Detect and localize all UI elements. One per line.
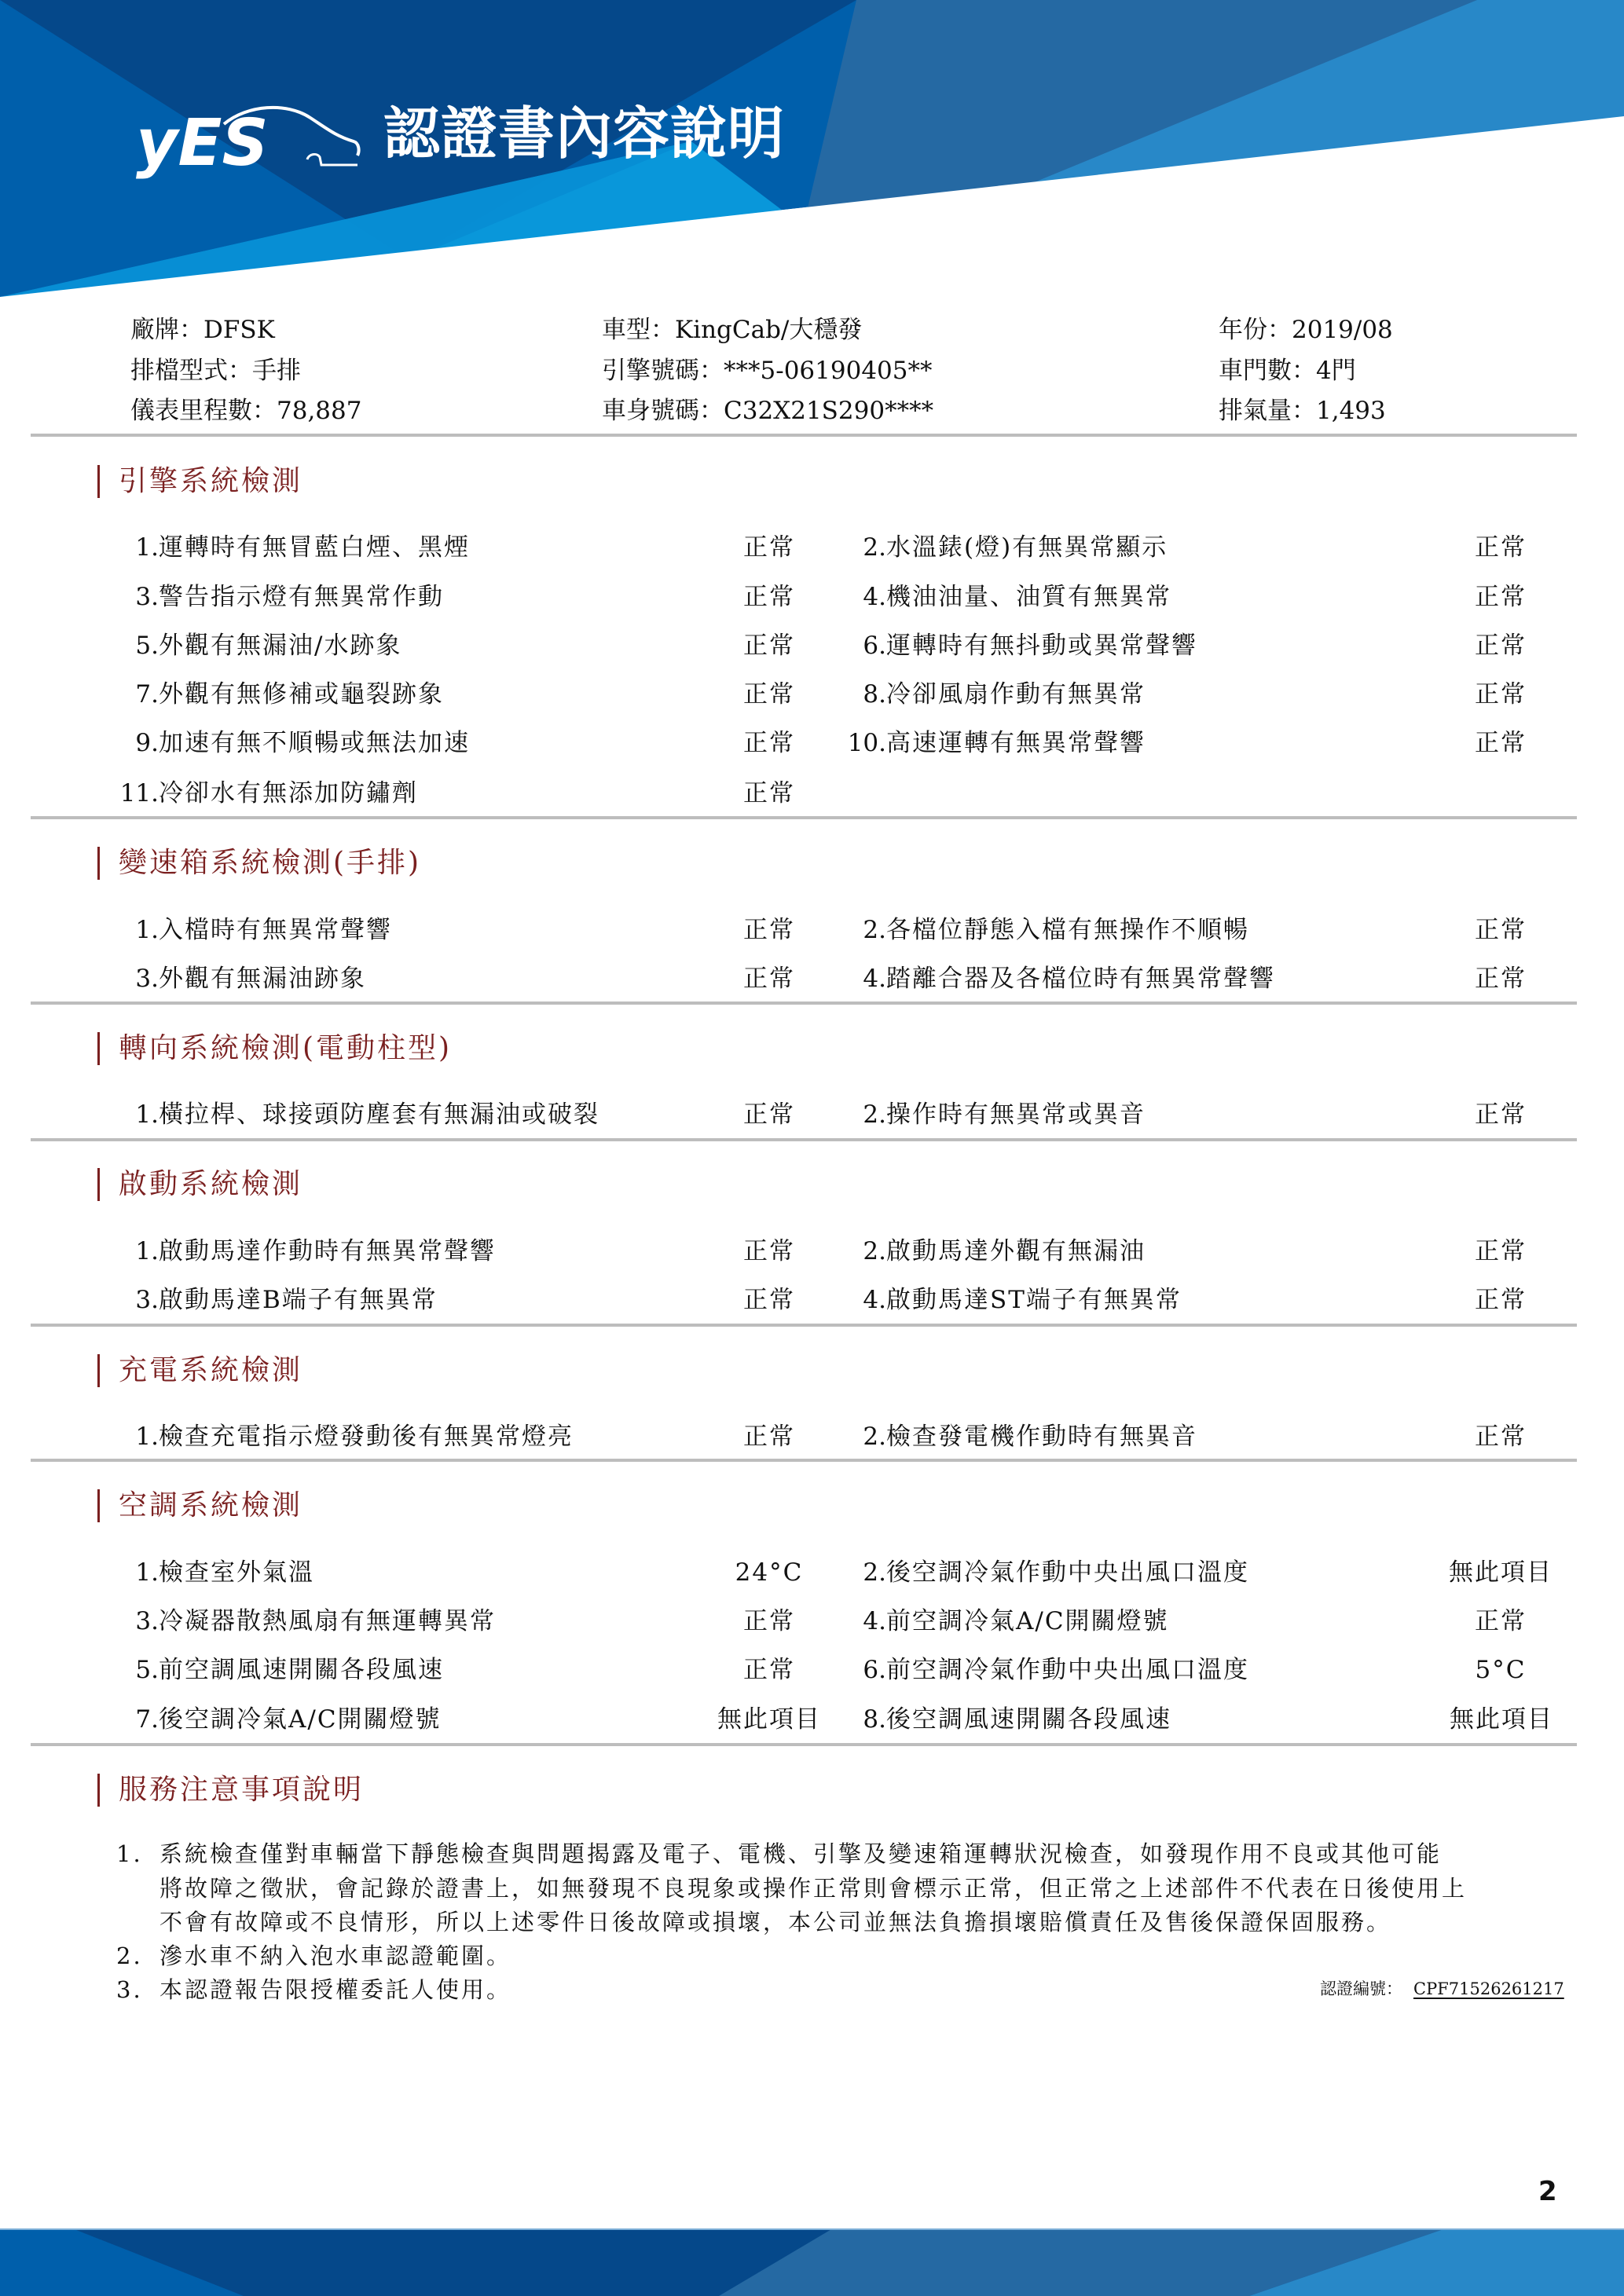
note-number: 1. <box>116 1838 143 1869</box>
footer-background <box>0 2228 1624 2296</box>
check-item: 5.外觀有無漏油/水跡象 <box>96 630 401 661</box>
check-status: 5°C <box>1446 1654 1556 1686</box>
info-doors: 車門數：4門 <box>1219 356 1356 386</box>
check-item: 9.加速有無不順暢或無法加速 <box>96 727 470 759</box>
info-engine-number: 引擎號碼：***5-06190405** <box>602 356 932 386</box>
check-item: 5.前空調風速開關各段風速 <box>96 1654 444 1686</box>
check-status: 正常 <box>714 963 824 994</box>
info-transmission: 排檔型式：手排 <box>130 356 301 386</box>
certificate-value: CPF71526261217 <box>1402 1979 1569 1998</box>
check-status: 無此項目 <box>710 1704 828 1735</box>
check-status: 正常 <box>714 679 824 710</box>
info-displacement: 排氣量：1,493 <box>1219 396 1386 426</box>
check-item: 3.啟動馬達B端子有無異常 <box>96 1284 438 1316</box>
section-bar <box>97 1032 100 1065</box>
check-status: 正常 <box>714 581 824 613</box>
check-item: 8.後空調風速開關各段風速 <box>822 1704 1171 1735</box>
check-status: 正常 <box>714 630 824 661</box>
check-item: 1.檢查充電指示燈發動後有無異常燈亮 <box>96 1421 574 1452</box>
check-item: 4.機油油量、油質有無異常 <box>822 581 1171 613</box>
section-title-steering: 轉向系統檢測(電動柱型) <box>97 1031 452 1066</box>
header-banner: yES 認證書內容說明 <box>0 0 1624 314</box>
divider <box>31 1002 1577 1005</box>
divider <box>31 816 1577 819</box>
check-status: 正常 <box>714 532 824 563</box>
check-status: 正常 <box>1446 679 1556 710</box>
check-item: 4.踏離合器及各檔位時有無異常聲響 <box>822 963 1275 994</box>
section-bar <box>97 1354 100 1387</box>
check-item: 1.啟動馬達作動時有無異常聲響 <box>96 1236 496 1267</box>
info-year: 年份：2019/08 <box>1219 315 1393 345</box>
check-status: 正常 <box>714 1606 824 1637</box>
yes-car-logo-icon: yES <box>130 93 365 179</box>
page-title: 認證書內容說明 <box>383 101 785 167</box>
section-title-transmission: 變速箱系統檢測(手排) <box>97 846 421 881</box>
check-item: 6.運轉時有無抖動或異常聲響 <box>822 630 1197 661</box>
check-status: 正常 <box>1446 630 1556 661</box>
check-item: 7.外觀有無修補或龜裂跡象 <box>96 679 444 710</box>
check-item: 2.後空調冷氣作動中央出風口溫度 <box>822 1557 1249 1588</box>
note-number: 3. <box>116 1974 143 2005</box>
check-status: 24°C <box>714 1557 824 1588</box>
divider <box>31 434 1577 437</box>
footer-banner <box>0 2228 1624 2296</box>
check-status: 正常 <box>1446 1284 1556 1316</box>
section-title-starter: 啟動系統檢測 <box>97 1167 302 1202</box>
check-status: 正常 <box>1446 914 1556 946</box>
check-status: 正常 <box>714 778 824 809</box>
certificate-label: 認證編號： <box>1320 1979 1402 1998</box>
check-status: 正常 <box>714 1099 824 1130</box>
check-status: 正常 <box>1446 727 1556 759</box>
check-status: 正常 <box>714 1236 824 1267</box>
check-item: 1.檢查室外氣溫 <box>96 1557 314 1588</box>
check-status: 無此項目 <box>1443 1704 1560 1735</box>
section-bar <box>97 465 100 498</box>
check-status: 正常 <box>1446 1421 1556 1452</box>
check-status: 正常 <box>714 1284 824 1316</box>
section-title-charging: 充電系統檢測 <box>97 1353 302 1388</box>
note-text: 滲水車不納入泡水車認證範圍。 <box>159 1940 511 1972</box>
divider <box>31 1324 1577 1327</box>
svg-text:yES: yES <box>136 106 269 179</box>
check-status: 正常 <box>1446 963 1556 994</box>
check-item: 1.入檔時有無異常聲響 <box>96 914 392 946</box>
section-bar <box>97 1774 100 1807</box>
check-item: 3.冷凝器散熱風扇有無運轉異常 <box>96 1606 496 1637</box>
check-item: 2.啟動馬達外觀有無漏油 <box>822 1236 1146 1267</box>
check-status: 正常 <box>714 1654 824 1686</box>
divider <box>31 1459 1577 1462</box>
check-status: 正常 <box>1446 1606 1556 1637</box>
section-bar <box>97 847 100 880</box>
check-item: 4.啟動馬達ST端子有無異常 <box>822 1284 1182 1316</box>
check-item: 8.冷卻風扇作動有無異常 <box>822 679 1146 710</box>
check-item: 11.冷卻水有無添加防鏽劑 <box>96 778 418 809</box>
check-status: 無此項目 <box>1446 1557 1556 1588</box>
check-status: 正常 <box>714 914 824 946</box>
check-item: 2.檢查發電機作動時有無異音 <box>822 1421 1197 1452</box>
certificate-number: 認證編號：CPF71526261217 <box>1320 1978 1569 2000</box>
section-bar <box>97 1168 100 1201</box>
divider <box>31 1743 1577 1746</box>
check-status: 正常 <box>714 1421 824 1452</box>
check-status: 正常 <box>1446 532 1556 563</box>
check-item: 1.運轉時有無冒藍白煙、黑煙 <box>96 532 470 563</box>
check-item: 1.橫拉桿、球接頭防塵套有無漏油或破裂 <box>96 1099 599 1130</box>
info-model: 車型：KingCab/大穩發 <box>602 315 862 345</box>
note-text: 本認證報告限授權委託人使用。 <box>159 1974 511 2005</box>
check-status: 正常 <box>1446 1099 1556 1130</box>
section-title-notes: 服務注意事項說明 <box>97 1773 364 1807</box>
check-item: 3.警告指示燈有無異常作動 <box>96 581 444 613</box>
info-vin: 車身號碼：C32X21S290**** <box>602 396 933 426</box>
note-text: 不會有故障或不良情形，所以上述零件日後故障或損壞，本公司並無法負擔損壞賠償責任及… <box>159 1906 1391 1938</box>
section-bar <box>97 1489 100 1522</box>
info-brand: 廠牌：DFSK <box>130 315 275 345</box>
check-item: 7.後空調冷氣A/C開關燈號 <box>96 1704 442 1735</box>
note-text: 將故障之徵狀，會記錄於證書上，如無發現不良現象或操作正常則會標示正常，但正常之上… <box>159 1873 1467 1904</box>
check-item: 2.各檔位靜態入檔有無操作不順暢 <box>822 914 1249 946</box>
yes-logo: yES <box>130 93 365 179</box>
info-mileage: 儀表里程數：78,887 <box>130 396 361 426</box>
check-item: 2.水溫錶(燈)有無異常顯示 <box>822 532 1168 563</box>
section-title-engine: 引擎系統檢測 <box>97 464 302 499</box>
check-status: 正常 <box>714 727 824 759</box>
section-title-air-conditioning: 空調系統檢測 <box>97 1489 302 1523</box>
divider <box>31 1138 1577 1141</box>
check-status: 正常 <box>1446 1236 1556 1267</box>
check-item: 4.前空調冷氣A/C開關燈號 <box>822 1606 1169 1637</box>
check-item: 10.高速運轉有無異常聲響 <box>822 727 1146 759</box>
check-status: 正常 <box>1446 581 1556 613</box>
note-text: 系統檢查僅對車輛當下靜態檢查與問題揭露及電子、電機、引擎及變速箱運轉狀況檢查，如… <box>159 1838 1442 1869</box>
note-number: 2. <box>116 1940 143 1972</box>
page-number: 2 <box>1538 2176 1557 2207</box>
check-item: 6.前空調冷氣作動中央出風口溫度 <box>822 1654 1249 1686</box>
check-item: 2.操作時有無異常或異音 <box>822 1099 1146 1130</box>
check-item: 3.外觀有無漏油跡象 <box>96 963 366 994</box>
